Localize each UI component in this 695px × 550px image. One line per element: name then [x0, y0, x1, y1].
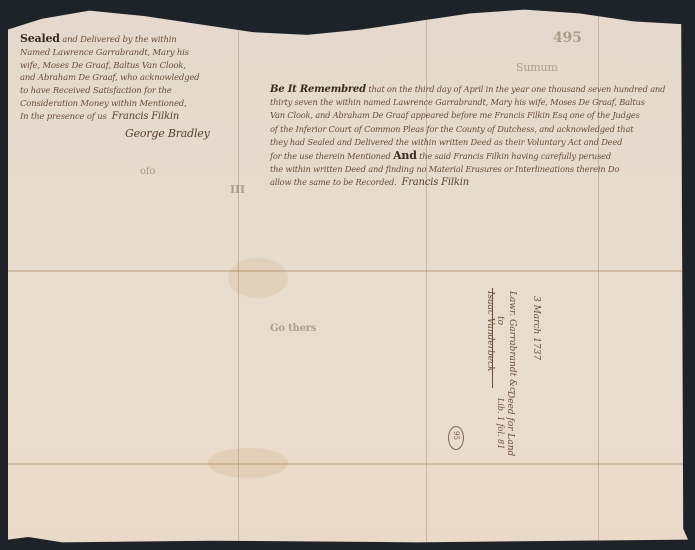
docket-record: Lib. 1 fol. 81 — [496, 398, 505, 449]
docket-line: to — [495, 316, 505, 325]
text-line: Be It Remembred that on the third day of… — [270, 83, 665, 96]
heading-sealed: Sealed — [20, 32, 60, 45]
text-line: In the presence of us Francis Filkin — [20, 111, 210, 124]
fold-line-horizontal — [8, 270, 688, 272]
faded-word: Sumum — [516, 61, 558, 74]
text-line: allow the same to be Recorded. Francis F… — [270, 176, 665, 189]
text-line: to have Received Satisfaction for the — [20, 85, 210, 98]
acknowledgment-block: Be It Remembred that on the third day of… — [270, 83, 665, 190]
text-line: of the Inferior Court of Common Pleas fo… — [270, 123, 665, 136]
signature: George Bradley — [20, 128, 210, 141]
text-line: thirty seven the within named Lawrence G… — [270, 96, 665, 109]
text-line: Van Clook, and Abraham De Graaf appeared… — [270, 109, 665, 122]
opening-phrase: Be It Remembred — [270, 84, 366, 95]
docket-line: Lawr. Garrabrandt &c — [507, 291, 517, 392]
signature: Francis Filkin — [401, 177, 468, 188]
docket-line: Isaac Vanderbeck — [485, 291, 495, 372]
signature: Francis Filkin — [112, 111, 179, 122]
faded-mark: III — [230, 183, 245, 196]
text-line: Sealed and Delivered by the within — [20, 33, 210, 47]
stain — [228, 258, 288, 298]
catalog-number: 495 — [553, 30, 582, 46]
catalog-stamp: 95 — [448, 426, 464, 450]
and-word: And — [393, 149, 417, 162]
text-line: wife, Moses De Graaf, Baltus Van Clook, — [20, 60, 210, 73]
text-line: for the use therein Mentioned And the sa… — [270, 149, 665, 163]
text-line: they had Sealed and Delivered the within… — [270, 136, 665, 149]
docket-underline — [492, 288, 493, 388]
docket-deed-label: Deed for Land — [505, 391, 515, 456]
text-line: Named Lawrence Garrabrandt, Mary his — [20, 47, 210, 60]
docket-date: 3 March 1737 — [531, 296, 541, 360]
faded-mark: Go thers — [270, 323, 316, 334]
faded-mark: ofo — [140, 166, 155, 177]
text-line: Consideration Money within Mentioned, — [20, 98, 210, 111]
text-line: the within written Deed and finding no M… — [270, 163, 665, 176]
document-page: 495 Sumum Sealed and Delivered by the wi… — [8, 8, 688, 545]
sealed-delivered-block: Sealed and Delivered by the within Named… — [20, 33, 210, 140]
stain — [208, 448, 288, 478]
text-line: and Abraham De Graaf, who acknowledged — [20, 72, 210, 85]
fold-line-horizontal — [8, 463, 688, 465]
stamp-number: 95 — [452, 431, 460, 440]
